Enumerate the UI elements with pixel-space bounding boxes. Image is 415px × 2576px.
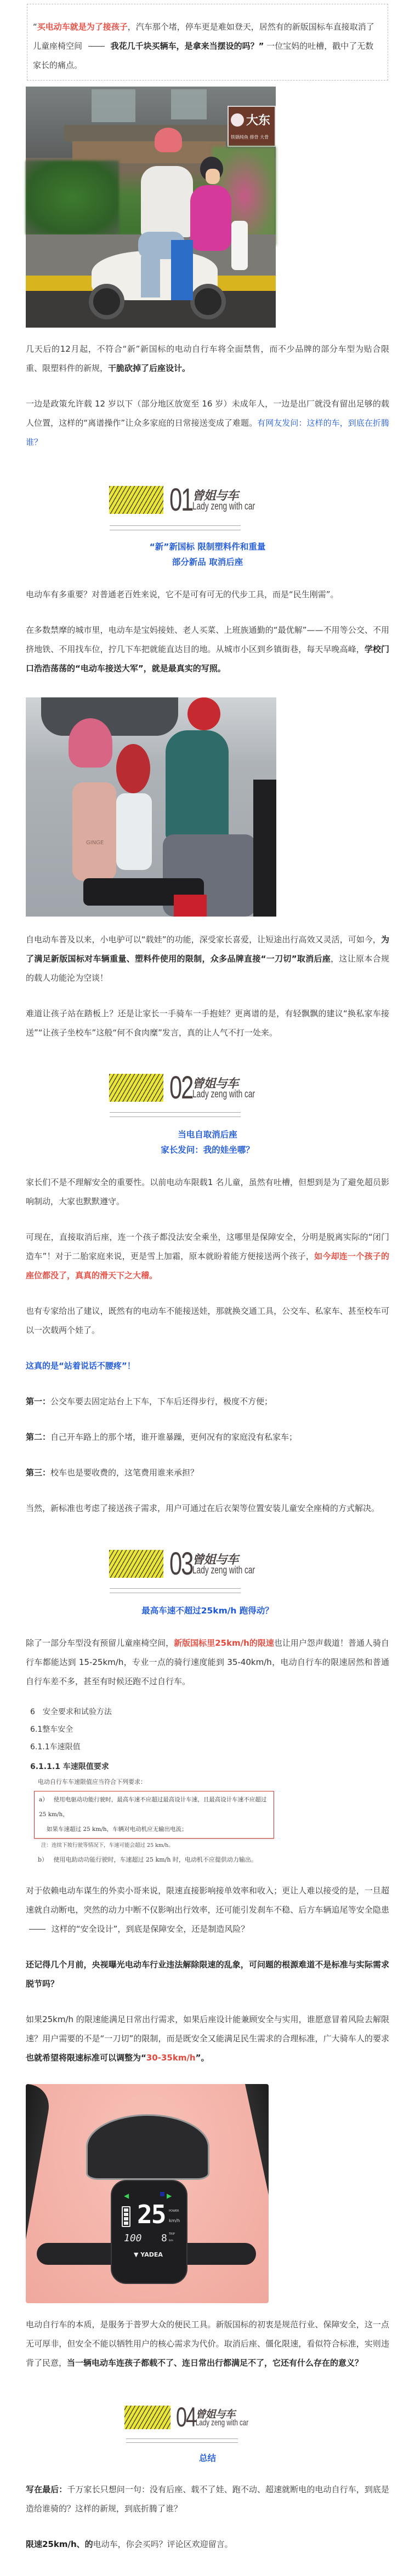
paragraph: 电动车有多重要？对普通老百姓来说，它不是可有可无的代步工具，而是“民生刚需”。 — [26, 585, 389, 604]
paragraph: 电动自行车的本质，是服务于普罗大众的便民工具。新版国标的初衷是规范行业、保障安全… — [26, 2315, 389, 2373]
divider — [110, 1112, 241, 1113]
paragraph: 对于依赖电动车谋生的外卖小哥来说，限速直接影响接单效率和收入；更让人难以接受的是… — [26, 1881, 389, 1939]
intro-quote-box: “买电动车就是为了接孩子，汽车那个堵，停车更是难如登天，居然有的新版国标车直接取… — [27, 4, 388, 81]
paragraph: 如果25km/h 的限速能满足日常出行需求，如果后座设计能兼顾安全与实用，谁愿意… — [26, 2010, 389, 2068]
shop-sign-text: 大东 — [246, 111, 270, 128]
divider — [110, 525, 241, 526]
paragraph: 一边是政策允许载 12 岁以下（部分地区放宽至 16 岁）未成年人，一边是出厂就… — [26, 394, 389, 452]
paragraph: 除了一部分车型没有预留儿童座椅空间，新版国标里25km/h的限速也让用户怨声载道… — [26, 1634, 389, 1691]
paragraph: 家长们不是不理解安全的重要性。以前电动车限载1 名儿童，虽然有吐槽，但想到是为了… — [26, 1173, 389, 1211]
quote-open: “ — [33, 22, 37, 32]
stripe-decoration — [124, 2406, 170, 2429]
brand-logo: ▼ YADEA — [134, 2251, 163, 2258]
paragraph: 可现在，直接取消后座，连一个孩子都没法安全乘坐，这哪里是保障安全，分明是脱离实际… — [26, 1228, 389, 1285]
article: “买电动车就是为了接孩子，汽车那个堵，停车更是难如登天，居然有的新版国标车直接取… — [0, 4, 415, 2554]
dash-divider — [29, 1929, 46, 1930]
battery-icon — [122, 2206, 130, 2227]
brand-subtitle: Lady zeng with car — [192, 1565, 255, 1577]
photo-parent-two-children: GINGE — [26, 697, 389, 917]
photo-mother-child-scooter: 大东 铁锅炖鱼 排骨 大骨 — [26, 87, 389, 328]
stripe-decoration — [109, 1550, 163, 1578]
list-item: 第二：自己开车路上的那个堵，谁开谁暴躁，更何况有的家庭没有私家车； — [26, 1428, 389, 1447]
section-number: 03 — [169, 1545, 192, 1582]
section-header-01: 01 曾姐与车 Lady zeng with car — [26, 486, 389, 546]
left-arrow-icon: ◀ — [124, 2192, 129, 2200]
paragraph: 自电动车普及以来，小电驴可以“载娃”的功能，深受家长喜爱，让短途出行高效又灵活，… — [26, 930, 389, 988]
divider — [110, 1593, 241, 1593]
paragraph: 写在最后：千万家长只想问一句：没有后座、载不了娃、跑不动、超速就断电的电动自行车… — [26, 2480, 389, 2518]
section-header-03: 03 曾姐与车 Lady zeng with car — [26, 1550, 389, 1610]
list-item: 第三：校车也是要收费的，这笔费用谁来承担？ — [26, 1463, 389, 1482]
indicator-icon — [160, 2192, 164, 2196]
divider — [110, 1117, 241, 1117]
section-number: 04 — [176, 2401, 196, 2433]
speed-readout: 25 — [137, 2200, 165, 2229]
paragraph: 几天后的12月起，不符合“新”新国标的电动自行车将全面禁售，而不少品牌的部分车型… — [26, 340, 389, 378]
quote-bold: 我花几千块买辆车，是拿来当摆设的吗？” — [111, 41, 264, 51]
list-item: 第一：公交车要去固定站台上下车，下车后还得步行，极度不方便； — [26, 1392, 389, 1411]
brand-subtitle: Lady zeng with car — [196, 2418, 248, 2428]
brand-subtitle: Lady zeng with car — [192, 1089, 255, 1101]
standard-excerpt-image: 6 安全要求和试验方法 6.1整车安全 6.1.1车速限值 6.1.1.1 车速… — [26, 1703, 389, 1867]
paragraph: 难道让孩子站在踏板上？还是让家长一手骑车一手抱娃？更离谱的是，有轻飘飘的建议“换… — [26, 1004, 389, 1043]
right-arrow-icon: ▶ — [167, 2192, 172, 2200]
brand-subtitle: Lady zeng with car — [192, 501, 255, 513]
paragraph-bold: 还记得几个月前，央视曝光电动车行业违法解除限速的乱象，可问题的根源难道不是标准与… — [26, 1955, 389, 1994]
section-number: 02 — [169, 1069, 192, 1106]
divider — [110, 530, 241, 530]
dash-divider — [88, 46, 105, 47]
quote-highlight: 买电动车就是为了接孩子 — [37, 22, 128, 32]
divider — [126, 2442, 238, 2443]
stripe-decoration — [109, 486, 163, 514]
highlighted-clause: a） 使用电驱动功能行驶时，最高车速不应超过最高设计车速，且最高设计车速不应超过… — [34, 1791, 274, 1839]
paragraph: 也有专家给出了建议，既然有的电动车不能接送娃，那就换交通工具，公交车、私家车、甚… — [26, 1302, 389, 1340]
highlight-statement: 这真的是“站着说话不腰疼”！ — [26, 1356, 389, 1376]
stripe-decoration — [109, 1074, 163, 1102]
photo-dashboard: ◀ ▶ 25 POWER km/h 100 8 TRIP km ▼ YADEA — [26, 2084, 389, 2303]
paragraph: 在多数禁摩的城市里，电动车是宝妈接娃、老人买菜、上班族通勤的“最优解”——不用等… — [26, 621, 389, 678]
paragraph: 限速25km/h、的电动车，你会买吗？评论区欢迎留言。 — [26, 2535, 389, 2554]
section-number: 01 — [169, 482, 192, 518]
paragraph: 当然，新标准也考虑了接送孩子需求，用户可通过在后衣架等位置安装儿童安全座椅的方式… — [26, 1499, 389, 1518]
divider — [126, 2438, 238, 2439]
section-header-02: 02 曾姐与车 Lady zeng with car — [26, 1074, 389, 1134]
divider — [110, 1588, 241, 1589]
